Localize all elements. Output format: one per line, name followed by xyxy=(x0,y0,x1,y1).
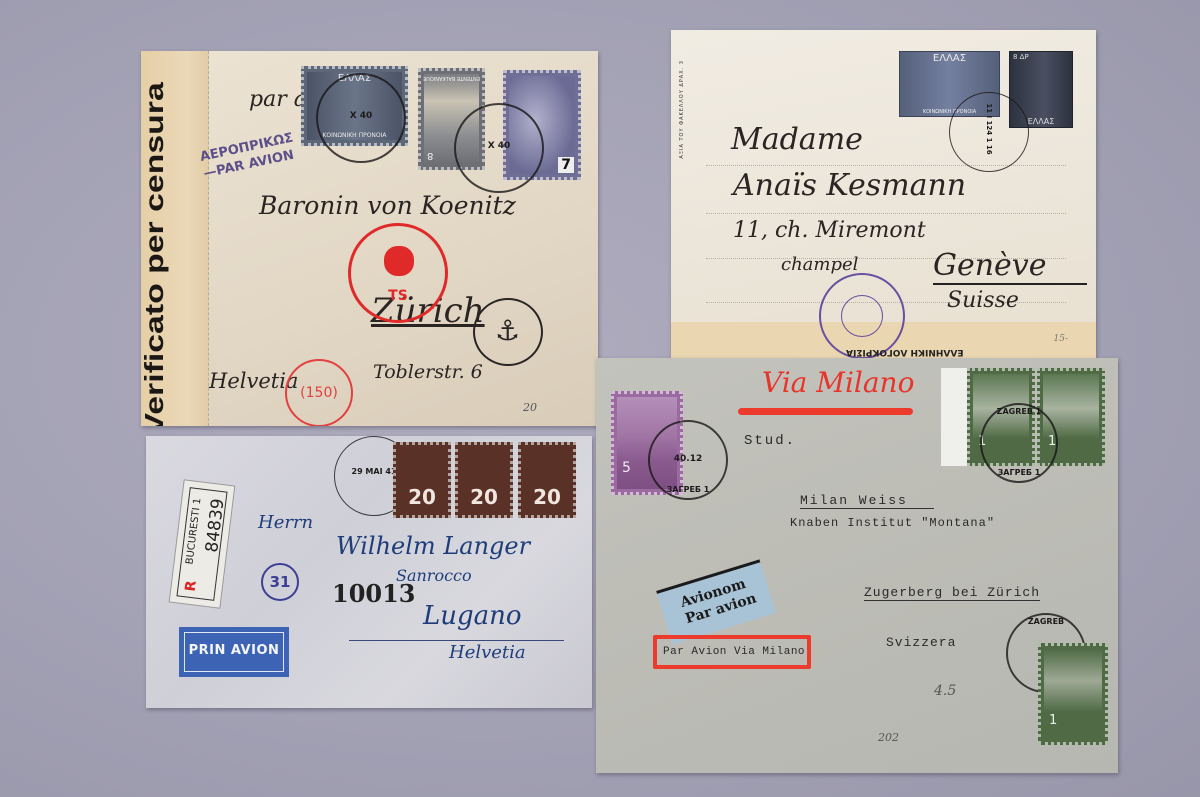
cover-romania-registered: BUCURESTI 1 84839 R 29 MAI 41 20 20 20 H… xyxy=(146,436,592,708)
address-city: Genève xyxy=(933,248,1087,285)
address-line-1: Baronin von Koenitz xyxy=(259,191,516,220)
address-country: Suisse xyxy=(947,288,1019,313)
postmark-zagreb-1: 40.12 ЗАГРЕБ 1 xyxy=(648,420,728,500)
envelope-value-text: ΑΞΙΑ ΤΟΥ ΦΑΚΕΛΛΟΥ ΔΡΑΧ. 3 xyxy=(679,60,685,159)
stamp-romania-3: 20 xyxy=(518,442,576,518)
pencil-note: 20 xyxy=(523,401,537,414)
address-underline xyxy=(349,640,564,641)
cover-yugoslavia-airmail: Via Milano 5 40.12 ЗАГРЕБ 1 1 1 ZAGREB 1… xyxy=(596,358,1118,773)
postmark-patras: 11 Ι 124 1 16 xyxy=(949,92,1029,172)
address-salutation: Madame xyxy=(731,122,863,157)
postmark-athens-1: X 40 xyxy=(316,73,406,163)
stamp-yugoslavia-1din-c: 1 xyxy=(1038,643,1108,745)
pencil-note-1: 4.5 xyxy=(934,683,956,699)
address-country: Svizzera xyxy=(886,635,956,650)
airmail-label: Avionom Par avion xyxy=(656,559,776,644)
address-institution: Knaben Institut "Montana" xyxy=(790,516,995,530)
routing-handwritten: Via Milano xyxy=(762,366,914,399)
censor-tape-text: ΕΛΛΗΝΙΚΗ ΛΟΓΟΚΡΙΣΙΑ xyxy=(846,347,964,357)
stamp-romania-1: 20 xyxy=(393,442,451,518)
censor-tape: Verificato per censura xyxy=(141,51,209,426)
cover-greece-stationery: ΑΞΙΑ ΤΟΥ ΦΑΚΕΛΛΟΥ ΔΡΑΧ. 3 ΕΛΛΑΣ ΚΟΙΝΩΝΙΚ… xyxy=(671,30,1096,360)
red-circle-mark: (150) xyxy=(285,359,353,426)
registration-label: BUCURESTI 1 84839 R xyxy=(169,479,236,608)
address-salutation: Herrn xyxy=(258,512,313,533)
address-city: Lugano xyxy=(423,601,522,631)
censor-seal: TS xyxy=(348,223,448,323)
address-name: Anaïs Kesmann xyxy=(733,168,966,203)
black-circle-mark: ⚓ xyxy=(473,298,543,366)
address-title: Stud. xyxy=(744,433,796,449)
pencil-note: 15- xyxy=(1054,334,1069,344)
address-name: Wilhelm Langer xyxy=(336,532,530,560)
number-mark: 10013 xyxy=(332,579,416,608)
address-country: Helvetia xyxy=(449,642,526,663)
postmark-zagreb-2: ZAGREB 1 ЗАГРЕБ 1 xyxy=(980,403,1058,483)
address-city: Zugerberg bei Zürich xyxy=(864,585,1040,601)
red-underline xyxy=(738,408,913,415)
sheet-margin xyxy=(941,368,967,466)
stamp-romania-2: 20 xyxy=(455,442,513,518)
address-name: Milan Weiss xyxy=(800,493,934,509)
cover-greece-censored: Verificato per censura par avion ΑΕΡΟΠΡΙ… xyxy=(141,51,598,426)
airmail-label: PRIN AVION xyxy=(179,627,289,677)
address-district: champel xyxy=(781,254,858,275)
postmark-athens-2: X 40 xyxy=(454,103,544,193)
censor-tape-text: Verificato per censura xyxy=(141,82,170,426)
airmail-cachet: ΑΕΡΟΠΡΙΚΩΣ —PAR AVION xyxy=(199,130,299,183)
address-street: Toblerstr. 6 xyxy=(373,361,483,383)
censor-mark-circle: 31 xyxy=(261,563,299,601)
routing-cachet-box: Par Avion Via Milano xyxy=(653,635,811,669)
address-street: 11, ch. Miremont xyxy=(733,218,926,243)
pencil-note-2: 202 xyxy=(878,731,899,744)
